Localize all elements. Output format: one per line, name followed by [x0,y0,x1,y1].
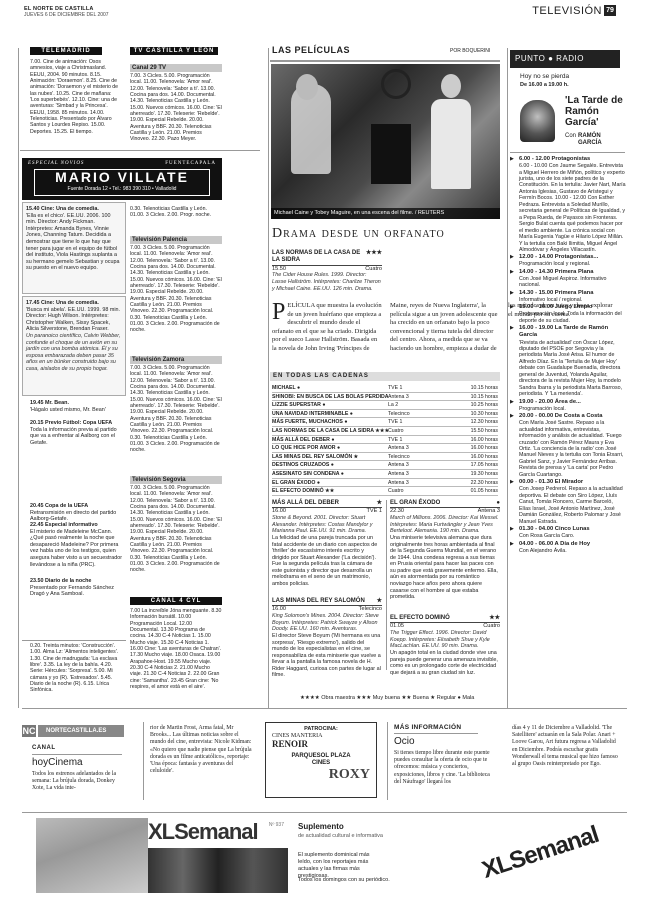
featured-film: LAS NORMAS DE LA CASA DE LA SIDRA★★★ 15.… [272,250,382,292]
ad-label-left: ESPECIAL NOVIOS [28,161,84,167]
more-info-title: MÁS INFORMACIÓN [394,724,461,732]
xl-logo-large: XLSemanal [478,820,602,885]
radio-show-title: 'La Tarde de Ramón García' [565,95,623,128]
xl-cover-photo [148,848,288,893]
page-number: 79 [604,5,616,16]
radio-border [507,48,508,708]
divider [143,722,144,800]
radio-schedule: 6.00 - 12.00 Protagonistas6.00 - 10.00 C… [510,155,626,554]
photo-caption: Michael Caine y Tobey Maguire, en una es… [271,208,500,219]
block-head: Cine: Una de comedia. [41,300,99,306]
divider [386,500,387,670]
host-prefix: Con [565,133,576,140]
sponsor-label: PATROCINA: [266,726,376,733]
films-border [268,48,269,708]
table-row[interactable]: UNA NAVIDAD INTERMINABLE ●Telecinco10.30… [272,410,498,419]
table-row[interactable]: LIZZIE SUPERSTAR ●La 210.25 horas [272,401,498,410]
film-block-1745: 17.45 Cine: Una de comedia. 'Busca mi ab… [22,296,126,396]
issue-date: JUEVES 6 DE DICIEMBRE DEL 2007 [24,12,109,18]
block-body: 'Ella es el chico'. EE.UU. 2006. 100 min… [26,213,122,272]
telemadrid-morning: 7.00. Cine de animación: Osos amnesios, … [30,59,122,135]
film-credits: The Cider House Rules. 1999. Director: L… [272,272,382,292]
station-canal29: Canal 29 TV [130,64,222,72]
renoir-logo: RENOIR [266,740,376,749]
table-row[interactable]: DESTINOS CRUZADOS ●Antena 317.05 horas [272,461,498,470]
table-row[interactable]: MÁS ALLÁ DEL DEBER ●TVE 116.00 horas [272,436,498,445]
review-gran-exodo: EL GRAN ÉXODO● 22.30Antena 3 March of Mi… [390,500,500,601]
list-item: 20.00 - 00.00 De Costa a CostaCon María … [510,413,626,478]
station-segovia: Televisión Segovia [130,476,222,484]
roxy-logo: ROXY [266,768,376,782]
mario-villate-ad[interactable]: ESPECIAL NOVIOS FUENTECAPALA MARIO VILLA… [22,158,222,200]
canal29-schedule: 7.00. 3 Cicles. 5.00. Programación local… [130,73,222,143]
list-item: 14.00 - 14.30 Primera PlanaCon José Migu… [510,269,626,289]
station-zamora: Televisión Zamora [130,356,222,364]
block-head: Cine: Una de comedia. [41,206,99,212]
ad-name: MARIO VILLATE [35,170,209,185]
review-efecto-domino: EL EFECTO DOMINÓ★★ 01.05Cuatro The Trigg… [390,615,500,676]
section-title: TELEVISIÓN [532,5,602,18]
telemadrid-late: 0.20. Treinta minutos: 'Construcción'. 1… [30,643,122,694]
table-row[interactable]: SHINOBI: EN BUSCA DE LAS BOLAS PERDIDAS … [272,393,498,402]
list-item: 19.00 - 20.00 Área de...Programación loc… [510,399,626,413]
list-item: 6.00 - 12.00 Protagonistas6.00 - 10.00 C… [510,156,626,253]
divider [20,150,260,151]
telemadrid-header: TELEMADRID [30,47,102,55]
film-listing-table: MICHAEL ●TVE 110.15 horas SHINOBI: EN BU… [272,384,498,496]
film-title: LAS NORMAS DE LA CASA DE LA SIDRA [272,250,366,265]
byline: POR BOQUERINI [450,48,490,54]
left-border [18,48,19,708]
list-item: 15.00 - 16.00 Juego LimpioProgramación l… [510,304,626,324]
article-body: PELÍCULA que muestra la evolución de un … [272,302,500,362]
xl-cta: Todos los domingos con su periódico. [298,877,390,884]
block-synopsis: Un paranoico científico, Calvin Webber, … [26,333,122,373]
divider [22,812,627,813]
cyl-header: TV CASTILLA Y LEÓN [130,47,218,55]
table-row[interactable]: MÁS FUERTE, MUCHACHOS ●TVE 112.30 horas [272,418,498,427]
more-info-text-1: Si tienes tiempo libre durante este puen… [394,750,498,786]
canal29-late: 0.30. Telenoticias Castilla y León. 01.0… [130,206,222,219]
table-row[interactable]: EL EFECTO DOMINÓ ★★Cuatro01.05 horas [272,487,498,496]
canal4-header: CANAL 4 CYL [130,597,222,605]
list-item: 04.00 - 06.00 A Día de HoyCon Alejandro … [510,541,626,555]
host-name: RAMÓN GARCÍA [578,133,618,148]
table-row[interactable]: LO QUE HICE POR AMOR ●Antena 316.00 hora… [272,444,498,453]
zamora-schedule: 7.00. 3 Cicles. 5.00. Programación local… [130,365,222,454]
sponsor-box[interactable]: PATROCINA: CINES MANTERIA RENOIR PARQUES… [265,722,377,798]
list-item: 12.00 - 14.00 Protagonistas...Programaci… [510,254,626,268]
table-row[interactable]: ASESINATO SIN CONDENA ●Antena 319.30 hor… [272,470,498,479]
divider [510,152,625,153]
table-row[interactable]: MICHAEL ●TVE 110.15 horas [272,384,498,393]
table-row[interactable]: EL GRAN ÉXODO ●Antena 322.30 horas [272,479,498,488]
review-minas-rey-salomon: LAS MINAS DEL REY SALOMÓN★ 16.00Telecinc… [272,598,382,679]
list-item: 00.00 - 01.30 El MiradorCon Josep Pedrer… [510,479,626,525]
film-photo: Michael Caine y Tobey Maguire, en una es… [271,64,500,219]
divider [22,708,627,709]
punto-radio-logo: PUNTO ● RADIO [510,50,620,68]
radio-intro: Hoy no se pierda [520,73,569,81]
xl-cover-top: XLSemanal Nº 937 [148,818,288,848]
nc-channel-name: hoyCinema [32,757,83,769]
nc-canal-label: CANAL [32,745,56,752]
nc-site[interactable]: NORTECASTILLA.ES [38,725,124,737]
station-palencia: Televisión Palencia [130,236,222,244]
segovia-schedule: 7.00. 3 Cicles. 5.00. Programación local… [130,485,222,574]
canal4-schedule: 7.00 La increíble Jóna menguante. 8.30 I… [130,608,222,690]
divider [270,60,500,62]
divider [387,722,388,800]
all-channels-header: EN TODAS LAS CADENAS [270,372,500,381]
block-time: 17.45 [26,300,40,306]
dropcap: P [272,302,285,322]
list-item: 14.30 - 15.00 Primera PlanaInformativo l… [510,290,626,304]
divider [32,754,122,755]
divider [22,640,126,641]
table-row[interactable]: LAS MINAS DEL REY SALOMÓN ★Telecinco16.0… [272,453,498,462]
host-photo [520,100,555,142]
xl-description: El suplemento dominical más leído, con l… [298,852,382,880]
divider [394,733,478,734]
review-mas-alla-del-deber: MÁS ALLÁ DEL DEBER★ 16.00TVE 1 Stone & B… [272,500,382,588]
list-item: 16.00 - 19.00 La Tarde de Ramón García'R… [510,325,626,397]
program-2350: 23.50 Diario de la noche Presentado por … [30,578,122,598]
palencia-schedule: 7.00. 3 Cicles. 5.00. Programación local… [130,245,222,334]
rating-legend: ★★★★ Obra maestra ★★★ Muy buena ★★ Buena… [300,695,474,702]
nc-logo: NC [22,725,36,737]
xl-issue: Nº 937 [269,822,284,828]
block-time: 15.40 [26,206,40,212]
xl-hand-photo [36,818,148,893]
more-info-sub: Ocio [394,736,415,748]
film-block-1540: 15.40 Cine: Una de comedia. 'Ella es el … [22,202,126,294]
more-info-text-2: días 4 y 11 de Diciembre a Valladolid. '… [512,725,620,768]
article-headline: Drama desde un orfanato [272,225,445,242]
program-2045: 20.45 Copa de la UEFA Retransmisión en d… [30,503,122,523]
ad-label-right: FUENTECAPALA [165,161,216,167]
program-1945: 19.45 Mr. Bean. 'Hágalo usted mismo, Mr.… [30,400,122,413]
block-body: 'Busca mi abela'. EE.UU. 1999. 98 min. D… [26,307,122,333]
xl-logo: XLSemanal [148,818,258,846]
radio-hours: De 16.00 a 19.00 h. [520,82,569,89]
films-section-title: LAS PELÍCULAS [272,45,350,56]
ad-address: Fuente Dorada 12 • Tel.: 983 390 310 • V… [35,185,209,194]
film-stars: ★★★ [366,250,382,265]
xl-title: Suplemento [298,822,344,832]
program-2245: 22.45 Especial informativo El misterio d… [30,522,122,568]
list-item: 01.30 - 04.00 Cinco LunasCon Rosa García… [510,526,626,540]
nc-text-1: Todos los estrenos adelantados de la sem… [32,771,128,793]
nc-text-2: rior de Martin Frost, Arma fatal, Mr Bro… [150,725,252,775]
table-row[interactable]: LAS NORMAS DE LA CASA DE LA SIDRA ★★★Cua… [272,427,498,436]
xl-subtitle: de actualidad cultural e informativa [298,833,383,840]
program-2015: 20.15 Previo Fútbol: Copa UEFA Toda la i… [30,420,122,446]
